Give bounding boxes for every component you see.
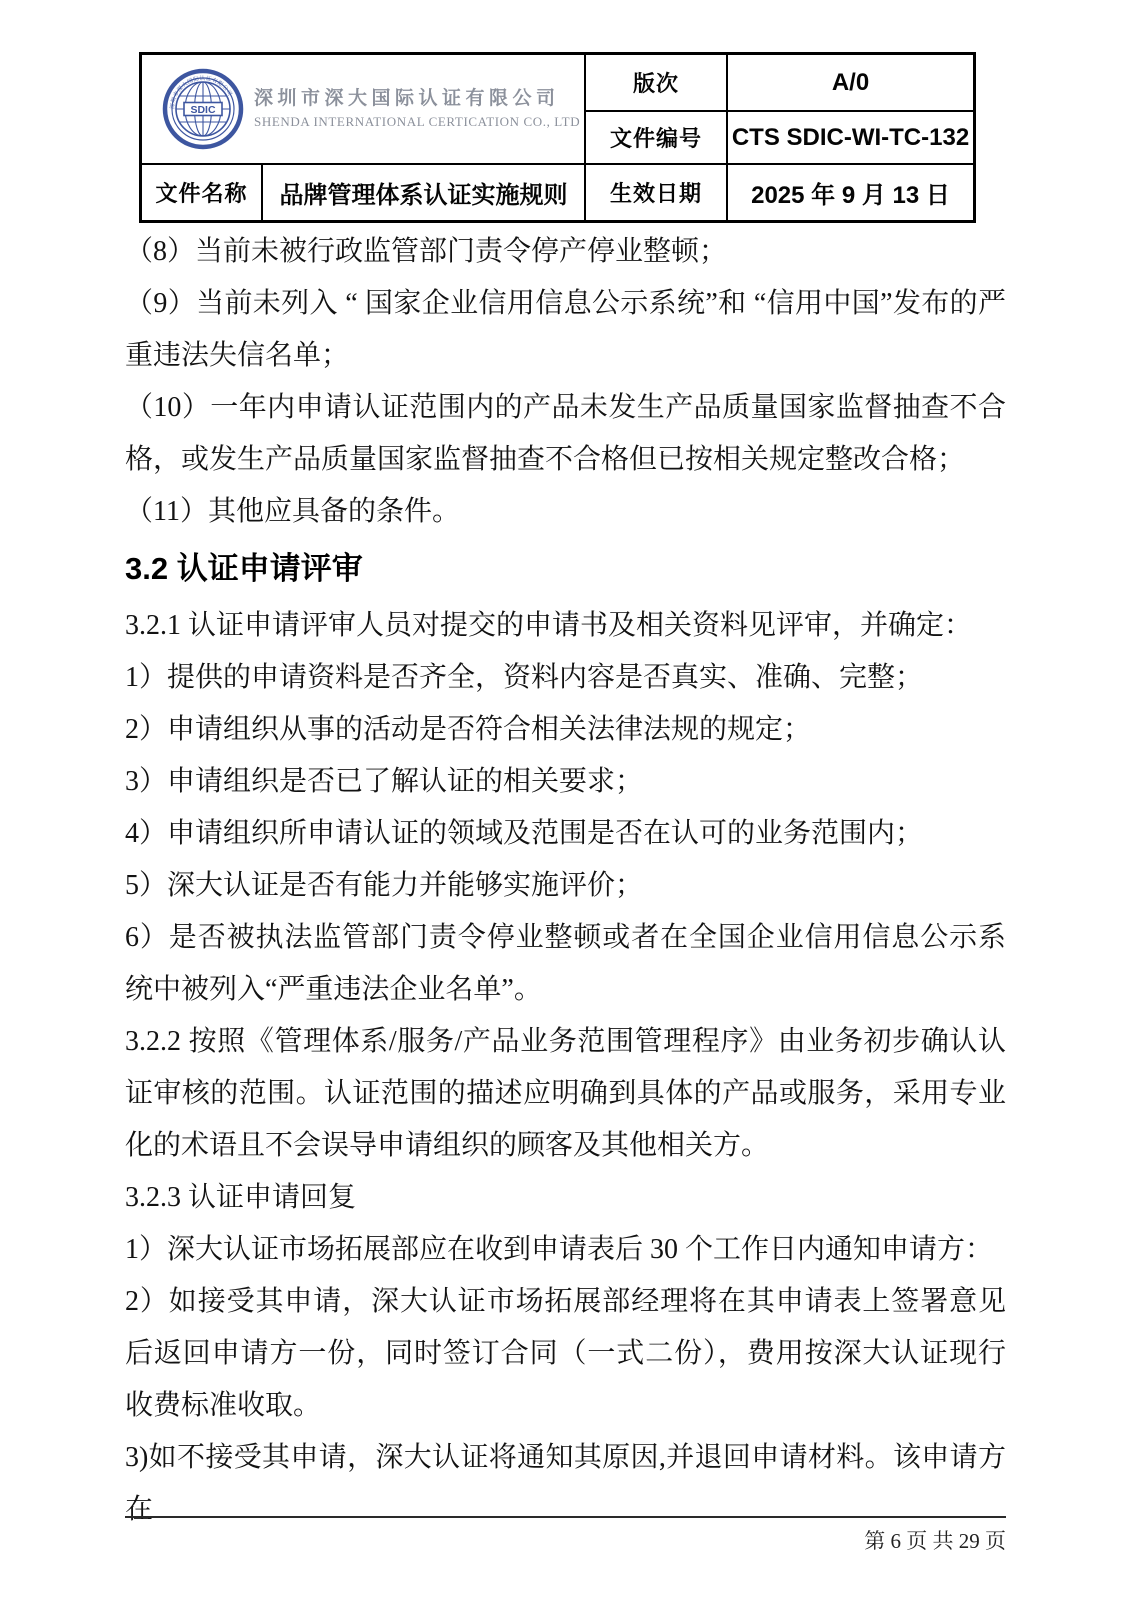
document-page: { "header_table": { "logo": { "seal_text… <box>0 0 1131 1600</box>
paragraph-list-3: 3）申请组织是否已了解认证的相关要求； <box>125 756 1006 808</box>
paragraph-reply-2: 2）如接受其申请，深大认证市场拓展部经理将在其申请表上签署意见后返回申请方一份，… <box>125 1276 1006 1432</box>
seal-sdic-text: SDIC <box>190 104 216 116</box>
doc-number-value: CTS SDIC-WI-TC-132 <box>726 110 973 163</box>
paragraph-3-2-1: 3.2.1 认证申请评审人员对提交的申请书及相关资料见评审，并确定： <box>125 600 1006 652</box>
document-body: （8）当前未被行政监管部门责令停产停业整顿； （9）当前未列入 “ 国家企业信用… <box>125 226 1006 1536</box>
document-header-table: 深圳市深大国际认证有限公司 SDIC 深圳市深大国际认证有限公司 SHENDA … <box>139 52 976 223</box>
version-value: A/0 <box>726 55 973 110</box>
company-seal-icon: 深圳市深大国际认证有限公司 SDIC <box>160 63 246 155</box>
paragraph-3-2-2: 3.2.2 按照《管理体系/服务/产品业务范围管理程序》由业务初步确认认证审核的… <box>125 1016 1006 1172</box>
company-logo-cell: 深圳市深大国际认证有限公司 SDIC 深圳市深大国际认证有限公司 SHENDA … <box>142 55 584 163</box>
paragraph-item-11: （11）其他应具备的条件。 <box>125 486 1006 538</box>
paragraph-item-10: （10）一年内申请认证范围内的产品未发生产品质量国家监督抽查不合格，或发生产品质… <box>125 382 1006 486</box>
company-name-block: 深圳市深大国际认证有限公司 SHENDA INTERNATIONAL CERTI… <box>254 86 580 132</box>
doc-name-value: 品牌管理体系认证实施规则 <box>261 163 584 220</box>
paragraph-list-5: 5）深大认证是否有能力并能够实施评价； <box>125 860 1006 912</box>
page-number: 第 6 页 共 29 页 <box>864 1529 1006 1553</box>
paragraph-list-6: 6）是否被执法监管部门责令停业整顿或者在全国企业信用信息公示系统中被列入“严重违… <box>125 912 1006 1016</box>
section-heading-3-2: 3.2 认证申请评审 <box>125 538 1006 600</box>
paragraph-reply-1: 1）深大认证市场拓展部应在收到申请表后 30 个工作日内通知申请方： <box>125 1224 1006 1276</box>
paragraph-item-9: （9）当前未列入 “ 国家企业信用信息公示系统”和 “信用中国”发布的严重违法失… <box>125 278 1006 382</box>
company-name-cn: 深圳市深大国际认证有限公司 <box>254 86 580 112</box>
paragraph-list-2: 2）申请组织从事的活动是否符合相关法律法规的规定； <box>125 704 1006 756</box>
effective-date-value: 2025 年 9 月 13 日 <box>726 163 973 220</box>
doc-number-label: 文件编号 <box>584 110 726 163</box>
paragraph-list-1: 1）提供的申请资料是否齐全，资料内容是否真实、准确、完整； <box>125 652 1006 704</box>
paragraph-list-4: 4）申请组织所申请认证的领域及范围是否在认可的业务范围内； <box>125 808 1006 860</box>
paragraph-3-2-3: 3.2.3 认证申请回复 <box>125 1172 1006 1224</box>
paragraph-item-8: （8）当前未被行政监管部门责令停产停业整顿； <box>125 226 1006 278</box>
doc-name-label: 文件名称 <box>142 163 261 220</box>
effective-date-label: 生效日期 <box>584 163 726 220</box>
company-name-en: SHENDA INTERNATIONAL CERTICATION CO., LT… <box>254 112 580 132</box>
version-label: 版次 <box>584 55 726 110</box>
page-footer: 第 6 页 共 29 页 <box>125 1516 1006 1555</box>
